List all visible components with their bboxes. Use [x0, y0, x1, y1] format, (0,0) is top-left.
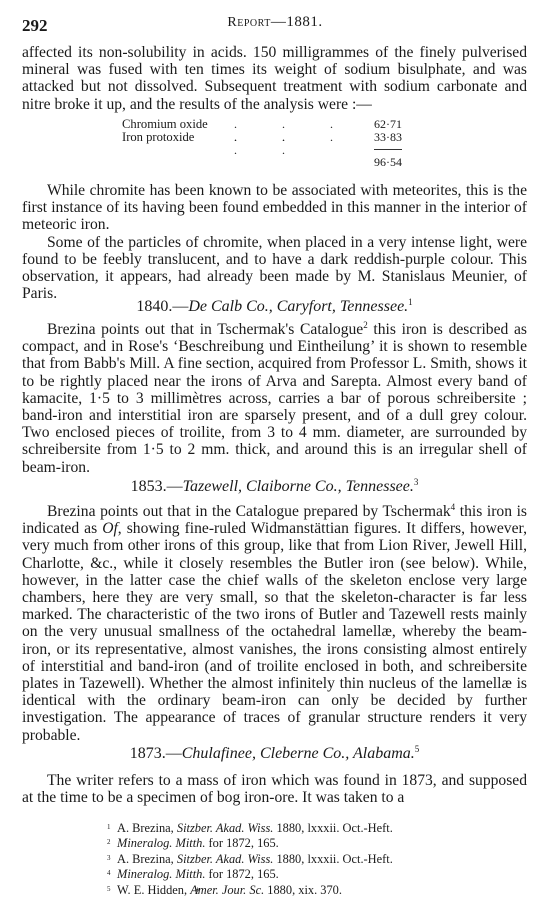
paragraph-text: , showing fine-ruled Widmanstättian figu…	[22, 520, 527, 743]
analysis-row: Iron protoxide . . . . . 33·83	[122, 131, 422, 144]
section-heading-1873: 1873.—Chulafinee, Cleberne Co., Alabama.…	[22, 745, 527, 763]
footnote-text: for 1872, 165.	[205, 836, 278, 850]
section-heading-1853: 1853.—Tazewell, Claiborne Co., Tennessee…	[22, 478, 527, 496]
running-title-report: Report	[227, 15, 270, 30]
footnote-source: Mineralog. Mitth.	[117, 867, 205, 881]
section-year: 1840.—	[136, 298, 188, 315]
footnote: 5W. E. Hidden, Amer. Jour. Sc. 1880, xix…	[107, 882, 393, 897]
running-head: 292 Report—1881.	[22, 14, 528, 34]
analysis-value: 33·83	[374, 131, 414, 144]
footnote-ref: 3	[414, 477, 419, 487]
footnote-text: 1880, lxxxii. Oct.-Heft.	[273, 852, 392, 866]
chromite-block: While chromite has been known to be asso…	[22, 182, 527, 302]
footnote: 3A. Brezina, Sitzber. Akad. Wiss. 1880, …	[107, 851, 393, 866]
classification-symbol: Of	[102, 520, 118, 537]
footnote-ref: 5	[415, 744, 420, 754]
footnotes: 1A. Brezina, Sitzber. Akad. Wiss. 1880, …	[107, 820, 393, 897]
analysis-leader-dots: . . . . .	[234, 131, 374, 157]
section-1853-body: Brezina points out that in the Catalogue…	[22, 503, 527, 744]
footnote-ref: 1	[408, 297, 413, 307]
analysis-total: 96·54	[374, 156, 422, 169]
section-place: De Calb Co., Caryfort, Tennessee.	[188, 298, 408, 315]
footnote-text: W. E. Hidden,	[117, 883, 190, 897]
footnote-mark: 3	[107, 851, 117, 865]
footnote-text: 1880, xix. 370.	[264, 883, 342, 897]
footnote: 4Mineralog. Mitth. for 1872, 165.	[107, 866, 393, 881]
running-title: Report—1881.	[22, 14, 528, 31]
footnote-text: for 1872, 165.	[205, 867, 278, 881]
section-1853-paragraph: Brezina points out that in the Catalogue…	[22, 503, 527, 744]
paragraph-text: this iron is described as compact, and i…	[22, 321, 527, 476]
footnote-mark: 1	[107, 820, 117, 834]
section-year: 1873.—	[130, 745, 182, 762]
footnote-text: A. Brezina,	[117, 821, 177, 835]
footnote-source: Amer. Jour. Sc.	[190, 883, 264, 897]
section-place: Tazewell, Claiborne Co., Tennessee.	[183, 478, 414, 495]
footnote-mark: 4	[107, 866, 117, 880]
analysis-sum-rule	[374, 149, 402, 150]
paragraph-text: Brezina points out that in the Catalogue…	[47, 503, 451, 520]
footnote-text: 1880, lxxxii. Oct.-Heft.	[273, 821, 392, 835]
analysis-label: Iron protoxide	[122, 131, 234, 144]
paragraph-text: Brezina points out that in Tschermak's C…	[47, 321, 363, 338]
chromite-paragraph-2: Some of the particles of chromite, when …	[22, 234, 527, 303]
footnote-source: Mineralog. Mitth.	[117, 836, 205, 850]
footnote-source: Sitzber. Akad. Wiss.	[177, 821, 274, 835]
footnote-source: Sitzber. Akad. Wiss.	[177, 852, 274, 866]
footnote: 1A. Brezina, Sitzber. Akad. Wiss. 1880, …	[107, 820, 393, 835]
section-1840-body: Brezina points out that in Tschermak's C…	[22, 321, 527, 476]
footnote-mark: 5	[107, 882, 117, 896]
chromite-paragraph-1: While chromite has been known to be asso…	[22, 182, 527, 234]
signature-mark: *	[195, 887, 200, 898]
intro-block: affected its non-solubility in acids. 15…	[22, 44, 527, 113]
section-place: Chulafinee, Cleberne Co., Alabama.	[182, 745, 415, 762]
running-title-year: —1881.	[271, 14, 323, 30]
footnote-text: A. Brezina,	[117, 852, 177, 866]
analysis-table: Chromium oxide . . . . . 62·71 Iron prot…	[122, 118, 422, 169]
section-1840-paragraph: Brezina points out that in Tschermak's C…	[22, 321, 527, 476]
section-heading-1840: 1840.—De Calb Co., Caryfort, Tennessee.1	[22, 298, 527, 316]
footnote: 2Mineralog. Mitth. for 1872, 165.	[107, 835, 393, 850]
intro-paragraph: affected its non-solubility in acids. 15…	[22, 44, 527, 113]
footnote-mark: 2	[107, 835, 117, 849]
section-1873-paragraph: The writer refers to a mass of iron whic…	[22, 772, 527, 806]
document-page: 292 Report—1881. affected its non-solubi…	[0, 0, 550, 900]
section-1873-body: The writer refers to a mass of iron whic…	[22, 772, 527, 806]
section-year: 1853.—	[131, 478, 183, 495]
